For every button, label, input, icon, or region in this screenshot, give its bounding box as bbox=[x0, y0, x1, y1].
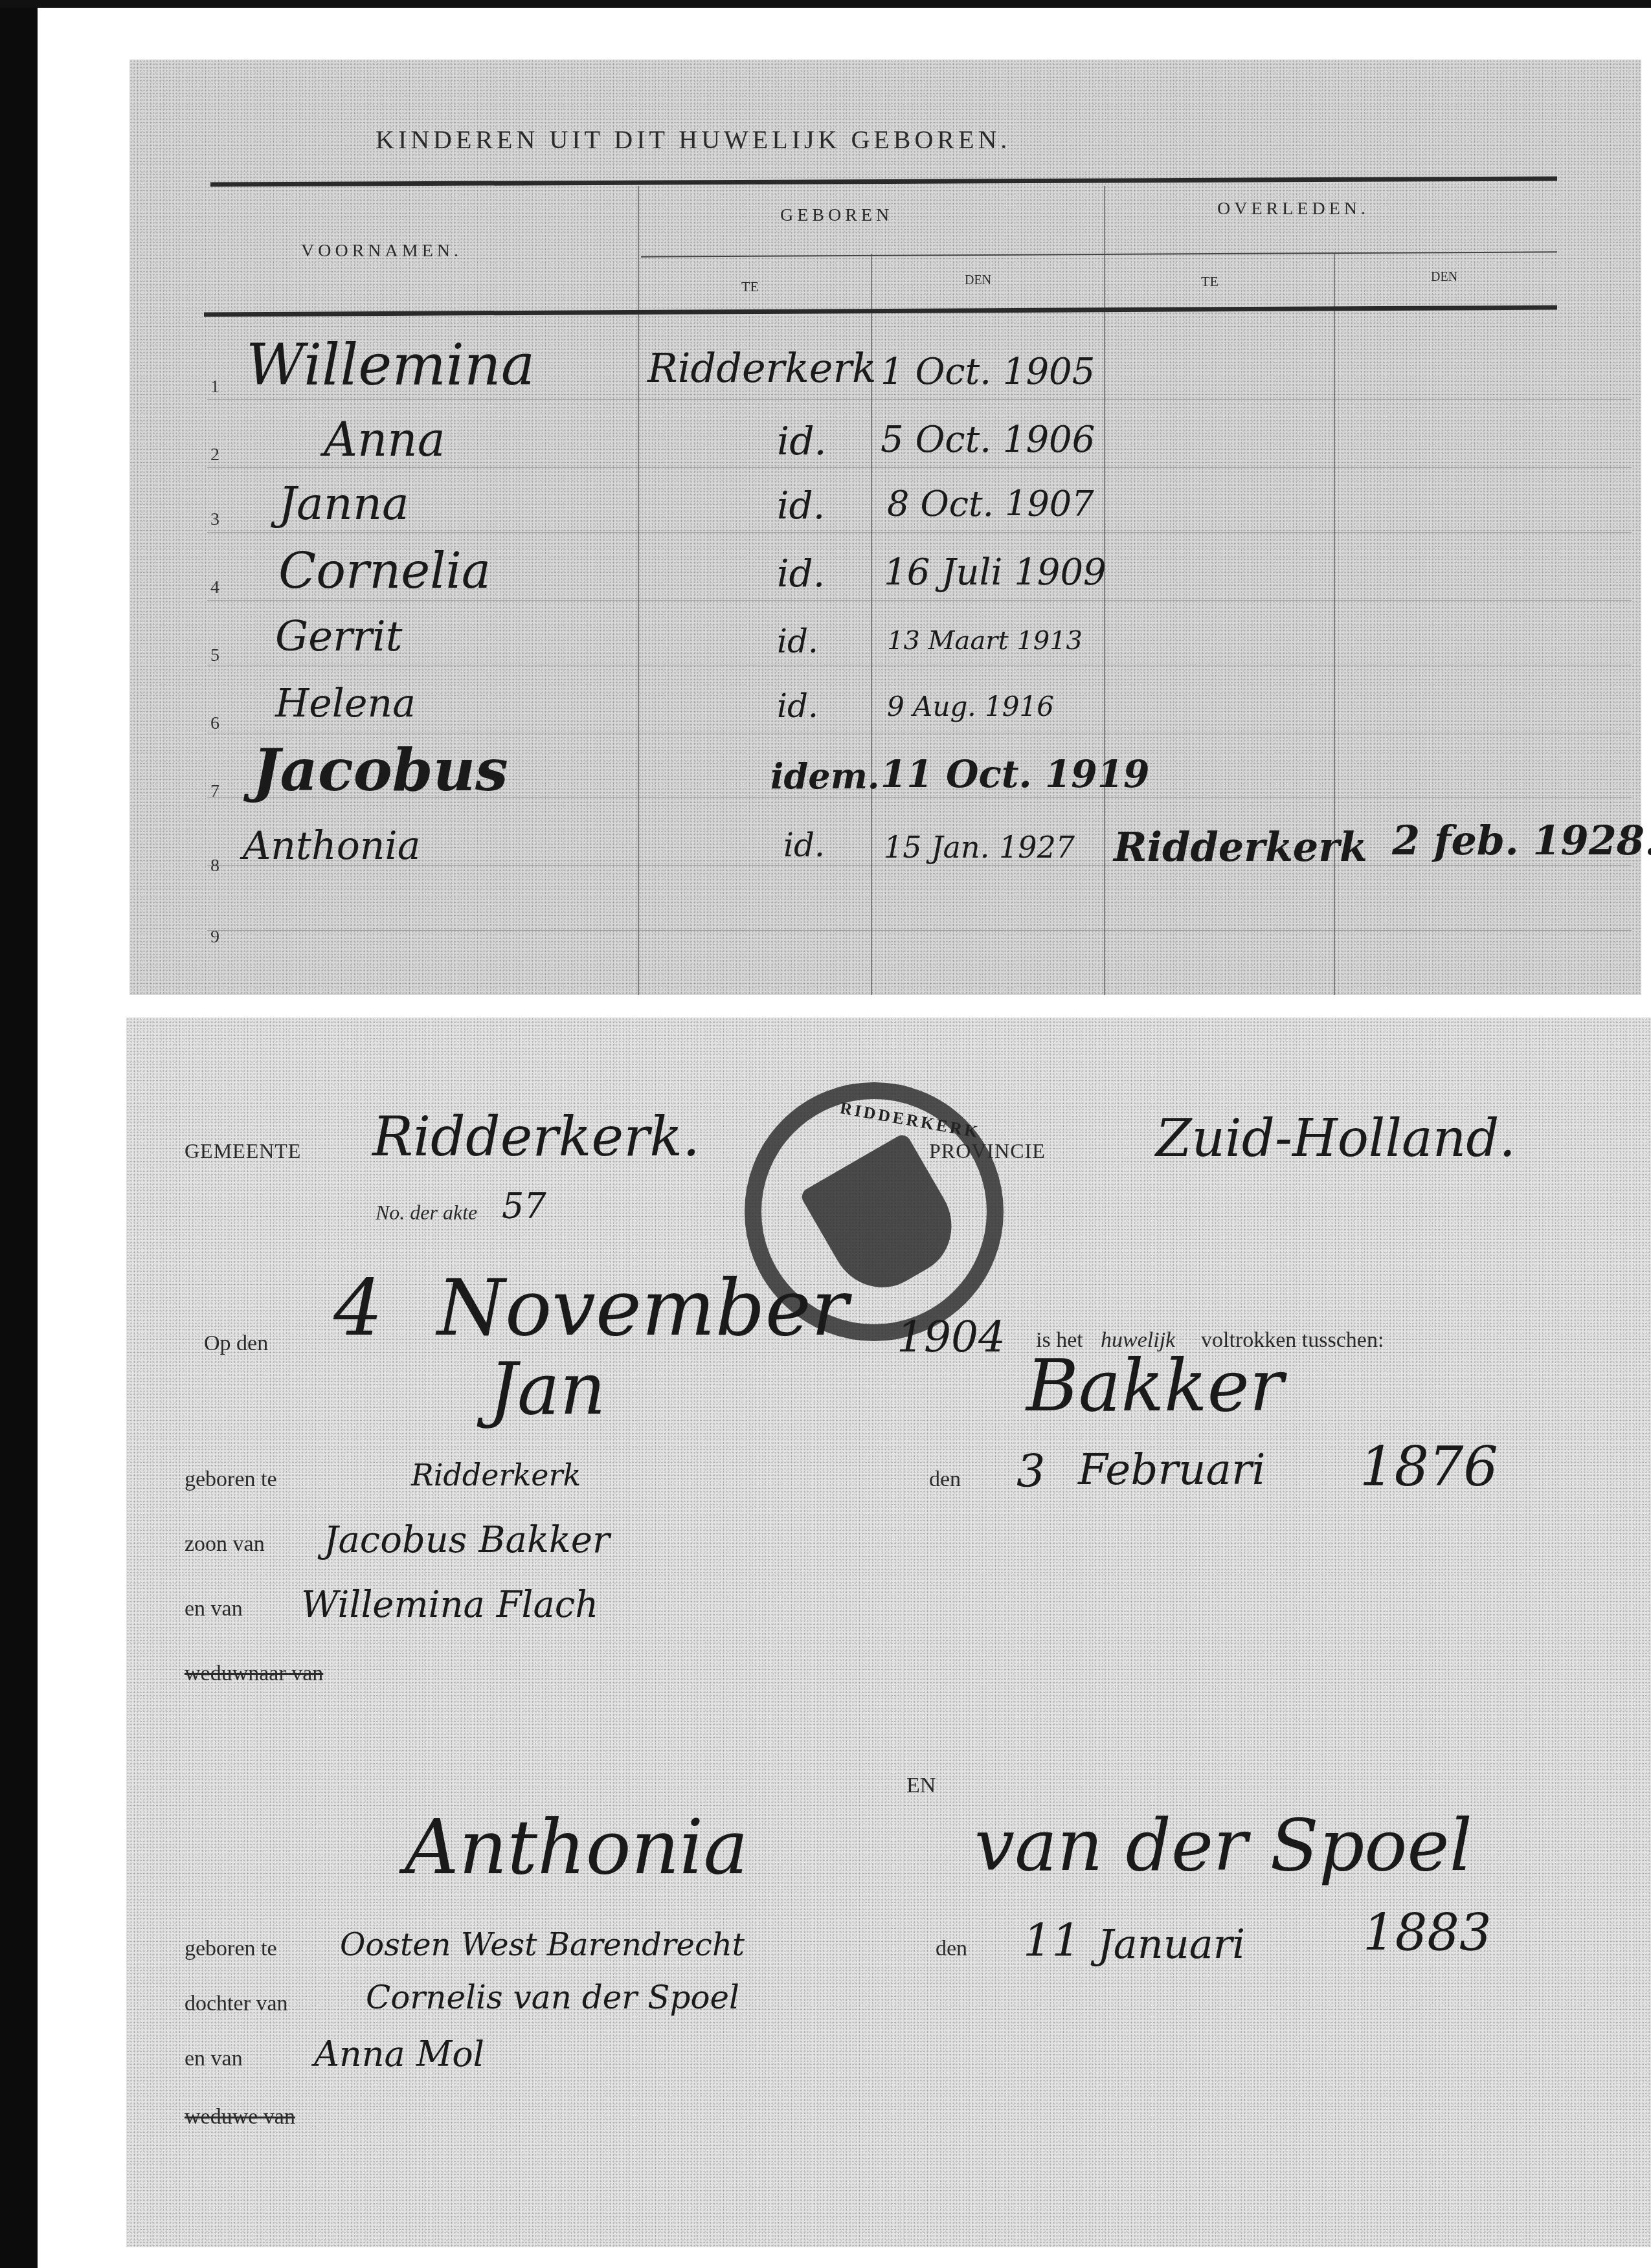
child-name: Anna bbox=[324, 412, 445, 467]
bride-born-day: 11 bbox=[1023, 1914, 1081, 1967]
header-rule-top bbox=[210, 176, 1557, 186]
header-overleden: OVERLEDEN. bbox=[1217, 199, 1369, 219]
header-voornamen: VOORNAMEN. bbox=[301, 241, 462, 261]
children-register-sheet: KINDEREN UIT DIT HUWELIJK GEBOREN. VOORN… bbox=[129, 60, 1641, 995]
groom-father-label: zoon van bbox=[185, 1532, 265, 1557]
child-born-at: id. bbox=[777, 623, 818, 660]
groom-first-name: Jan bbox=[489, 1348, 606, 1430]
row-number: 3 bbox=[210, 509, 219, 530]
groom-born-day: 3 bbox=[1016, 1445, 1046, 1498]
ruled-line bbox=[207, 467, 1632, 468]
groom-born-at: Ridderkerk bbox=[411, 1458, 581, 1493]
groom-born-at-label: geboren te bbox=[185, 1467, 277, 1492]
bride-mother: Anna Mol bbox=[314, 2034, 484, 2074]
marriage-month: November bbox=[437, 1263, 848, 1353]
groom-born-year: 1876 bbox=[1360, 1435, 1498, 1498]
bride-first-name: Anthonia bbox=[405, 1804, 748, 1891]
child-born-at: id. bbox=[777, 687, 818, 725]
child-born-on: 13 Maart 1913 bbox=[887, 626, 1083, 656]
marriage-certificate-sheet: GEMEENTE Ridderkerk. PROVINCIE Zuid-Holl… bbox=[126, 1017, 1651, 2247]
child-born-on: 8 Oct. 1907 bbox=[887, 484, 1094, 524]
row-number: 8 bbox=[210, 856, 219, 876]
child-born-on: 1 Oct. 1905 bbox=[881, 351, 1095, 393]
header-overleden-te: TE bbox=[1201, 273, 1219, 290]
bride-born-year: 1883 bbox=[1363, 1904, 1492, 1962]
child-name: Helena bbox=[275, 681, 416, 726]
groom-born-on-label: den bbox=[929, 1467, 961, 1492]
bride-born-at-label: geboren te bbox=[185, 1937, 277, 1961]
child-born-on: 16 Juli 1909 bbox=[884, 551, 1106, 594]
ruled-line bbox=[207, 532, 1632, 533]
column-divider-1 bbox=[638, 186, 639, 995]
header-rule-bottom bbox=[204, 306, 1557, 317]
groom-born-month: Februari bbox=[1078, 1445, 1266, 1495]
scanner-edge-top bbox=[0, 0, 1651, 8]
child-born-on: 11 Oct. 1919 bbox=[881, 752, 1149, 796]
child-born-at: id. bbox=[777, 551, 825, 595]
child-name: Janna bbox=[278, 477, 409, 530]
child-name: Jacobus bbox=[253, 736, 508, 805]
groom-widower-label-struck: weduwnaar van bbox=[185, 1662, 323, 1686]
bride-born-at: Oosten West Barendrecht bbox=[340, 1927, 745, 1963]
child-born-at: id. bbox=[777, 419, 827, 464]
groom-mother: Willemina Flach bbox=[301, 1584, 598, 1626]
child-name: Willemina bbox=[246, 331, 535, 398]
header-geboren: GEBOREN bbox=[780, 205, 893, 226]
groom-last-name: Bakker bbox=[1026, 1344, 1283, 1427]
register-title: KINDEREN UIT DIT HUWELIJK GEBOREN. bbox=[376, 124, 1011, 155]
en-label: EN bbox=[906, 1773, 936, 1798]
child-born-on: 5 Oct. 1906 bbox=[881, 419, 1095, 461]
gemeente-value: Ridderkerk. bbox=[372, 1105, 700, 1168]
op-den-label: Op den bbox=[204, 1331, 268, 1356]
akte-label: No. der akte bbox=[376, 1201, 477, 1225]
row-number: 5 bbox=[210, 645, 219, 666]
child-died-at: Ridderkerk bbox=[1114, 823, 1367, 871]
row-number: 2 bbox=[210, 445, 219, 465]
child-born-on: 9 Aug. 1916 bbox=[887, 691, 1054, 722]
child-name: Cornelia bbox=[278, 542, 491, 599]
gemeente-label: GEMEENTE bbox=[185, 1139, 301, 1163]
bride-mother-label: en van bbox=[185, 2047, 243, 2071]
child-born-at: id. bbox=[777, 484, 825, 528]
provincie-value: Zuid-Holland. bbox=[1156, 1108, 1516, 1168]
bride-father: Cornelis van der Spoel bbox=[366, 1979, 739, 2016]
header-geboren-te: TE bbox=[741, 278, 759, 295]
groom-mother-label: en van bbox=[185, 1597, 243, 1621]
bride-born-on-label: den bbox=[936, 1937, 967, 1961]
header-geboren-den: DEN bbox=[965, 273, 991, 288]
ruled-line bbox=[207, 930, 1632, 931]
groom-father: Jacobus Bakker bbox=[324, 1519, 610, 1561]
row-number: 1 bbox=[210, 377, 219, 397]
seal-text: RIDDERKERK bbox=[838, 1098, 982, 1142]
bride-widow-label-struck: weduwe van bbox=[185, 2105, 295, 2129]
child-name: Anthonia bbox=[243, 823, 420, 869]
child-died-on: 2 feb. 1928. bbox=[1392, 817, 1651, 864]
child-born-at: idem. bbox=[770, 755, 880, 797]
row-number: 9 bbox=[210, 927, 219, 948]
header-overleden-den: DEN bbox=[1431, 270, 1457, 285]
row-number: 6 bbox=[210, 713, 219, 734]
ruled-line bbox=[207, 665, 1632, 665]
child-name: Gerrit bbox=[275, 613, 402, 661]
bride-last-name: van der Spoel bbox=[974, 1804, 1472, 1887]
akte-number: 57 bbox=[502, 1186, 546, 1227]
bride-born-month: Januari bbox=[1097, 1920, 1245, 1968]
child-born-at: Ridderkerk bbox=[647, 344, 877, 392]
child-born-at: id. bbox=[783, 827, 825, 864]
bride-father-label: dochter van bbox=[185, 1992, 288, 2016]
marriage-day: 4 bbox=[333, 1263, 383, 1353]
marriage-year: 1904 bbox=[897, 1312, 1005, 1362]
scanner-edge-left bbox=[0, 0, 38, 2268]
ruled-line bbox=[207, 600, 1632, 601]
row-number: 7 bbox=[210, 781, 219, 802]
child-born-on: 15 Jan. 1927 bbox=[884, 830, 1075, 865]
ruled-line bbox=[207, 399, 1632, 400]
header-subrule bbox=[641, 251, 1557, 257]
ruled-line bbox=[207, 865, 1632, 866]
row-number: 4 bbox=[210, 577, 219, 598]
column-divider-4 bbox=[1334, 254, 1335, 995]
ruled-line bbox=[207, 733, 1632, 733]
